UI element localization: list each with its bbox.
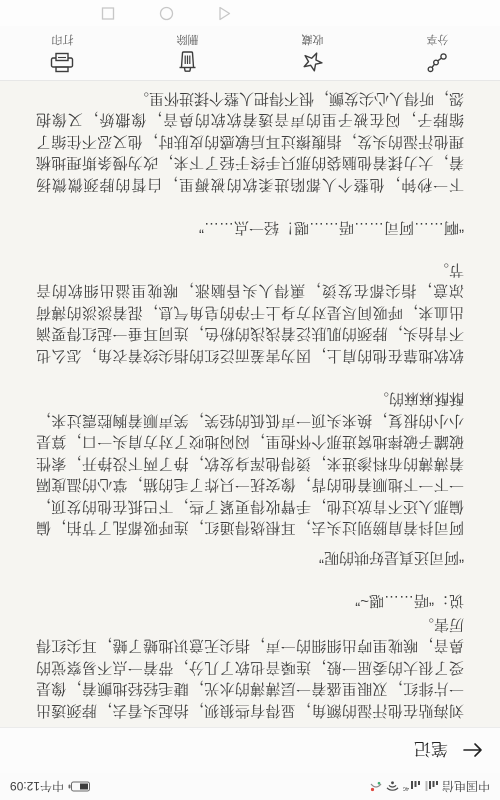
printer-icon	[51, 52, 75, 74]
note-dialogue-line-2: 说：“唔……嗯~”	[36, 590, 464, 612]
recents-square-icon[interactable]	[101, 6, 115, 21]
trash-icon	[178, 52, 197, 74]
wifi-icon	[386, 781, 399, 792]
toolbar-item-label: 收藏	[302, 33, 324, 49]
note-paragraph-4: 阿司抖着肩膀别过头去，耳根烧得通红，连呼吸都乱了节拍，偏偏那人还不肯放过他，手臂…	[36, 388, 464, 539]
bottom-toolbar: 分享收藏删除打印	[0, 26, 500, 81]
home-circle-icon[interactable]	[159, 6, 174, 21]
android-nav-bar	[0, 0, 500, 26]
screenshot-root: 中国电信 4G	[0, 0, 500, 800]
note-paragraph-1: 刘海贴在他汗湿的额角，显得有些狼狈，抬起头看去，脖颈透出一片绯红，双眼里盛着一层…	[36, 614, 464, 722]
toolbar-item-label: 打印	[52, 33, 74, 49]
svg-text:4G: 4G	[403, 785, 409, 791]
note-dialogue-line-6: “啊……阿司……唔……嗯！轻一点……”	[36, 217, 464, 239]
toolbar-item-label: 删除	[177, 33, 199, 49]
note-paragraph-5: 软软地靠在他的肩上，因为害羞而泛红的指尖绞着衣角，怎么也不肯抬头，脖颈的肌肤泛着…	[36, 259, 464, 367]
phone-screen-rotated-180: 中国电信 4G	[0, 0, 500, 800]
status-bar: 中国电信 4G	[0, 773, 500, 800]
signal-bars-icon	[424, 781, 438, 792]
toolbar-item-删除[interactable]: 删除	[143, 33, 233, 74]
signal-bars-4g-icon: 4G	[403, 781, 420, 792]
share-icon	[427, 52, 448, 74]
clock-label: 中午12:09	[10, 778, 64, 795]
volte-dot-icon	[370, 781, 382, 792]
carrier-label: 中国电信	[442, 778, 490, 795]
star-icon	[301, 52, 324, 74]
toolbar-item-打印[interactable]: 打印	[18, 33, 108, 74]
app-header: 笔记	[0, 727, 500, 773]
page-title: 笔记	[414, 738, 448, 763]
status-left-cluster: 中国电信 4G	[370, 778, 490, 795]
back-arrow-icon[interactable]	[462, 740, 484, 762]
toolbar-item-收藏[interactable]: 收藏	[268, 33, 358, 74]
toolbar-item-label: 分享	[427, 33, 449, 49]
note-body[interactable]: 刘海贴在他汗湿的额角，显得有些狼狈，抬起头看去，脖颈透出一片绯红，双眼里盛着一层…	[0, 81, 500, 727]
note-dialogue-line-3: “阿司还真是好哄的呢”	[36, 547, 464, 569]
toolbar-item-分享[interactable]: 分享	[393, 33, 483, 74]
battery-icon	[68, 781, 90, 792]
back-triangle-icon[interactable]	[218, 6, 232, 21]
note-paragraph-7: 下一秒钟，他整个人都陷进柔软的被褥里，白皙的脖颈微微扬着，大力揉着他脑袋的那只手…	[36, 88, 464, 196]
status-right-cluster: 中午12:09	[10, 778, 90, 795]
